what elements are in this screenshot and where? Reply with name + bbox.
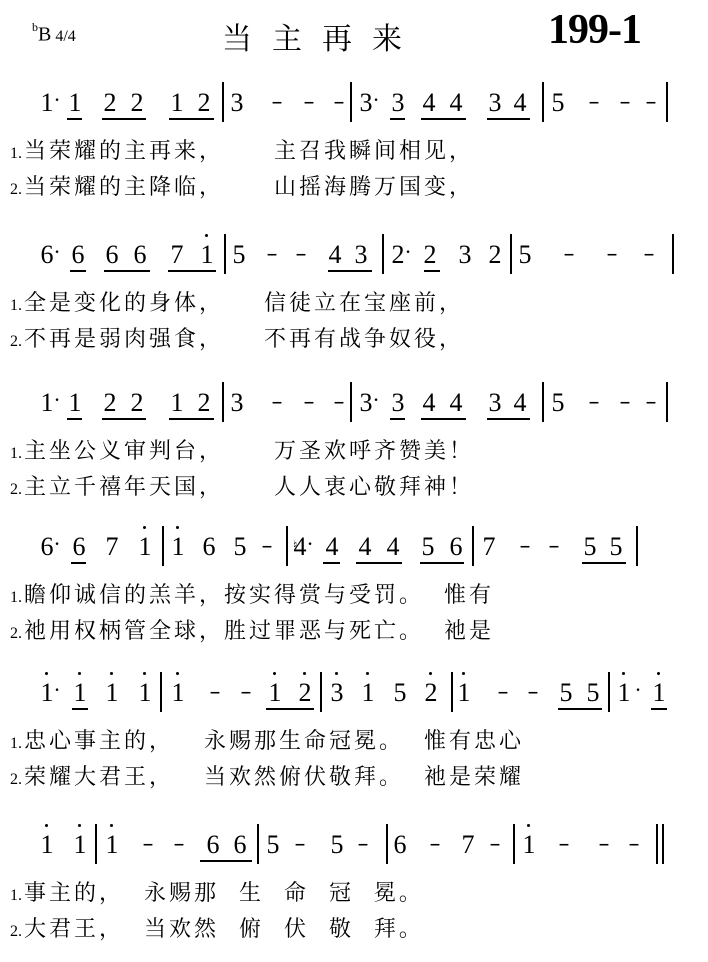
note: 5 xyxy=(419,534,437,560)
note: 5 xyxy=(581,534,599,560)
lyric-line-verse-2: 2.祂用权柄管全球，胜过罪恶与死亡。 祂是 xyxy=(10,614,494,645)
notation-line: 1·122123–––3·344345––– xyxy=(0,378,708,428)
lyric-line-verse-2: 2.当荣耀的主降临， 山摇海腾万国变， xyxy=(10,170,474,201)
note: 6 xyxy=(391,832,409,858)
lyric-line-verse-1: 1.忠心事主的， 永赐那生命冠冕。 惟有忠心 xyxy=(10,724,524,755)
hold-dash: – xyxy=(516,534,534,560)
note: 1 xyxy=(66,390,84,416)
lyric-text: 当荣耀的主降临， 山摇海腾万国变， xyxy=(24,175,474,200)
note: 1 xyxy=(168,390,186,416)
note: 6 xyxy=(131,242,149,268)
hold-dash: – xyxy=(292,242,310,268)
note: 7 xyxy=(459,832,477,858)
note: 6 xyxy=(447,534,465,560)
dotted-rhythm: · xyxy=(53,677,61,703)
hold-dash: – xyxy=(300,90,318,116)
note: 3 xyxy=(486,90,504,116)
notation-line: 111––665–5–6–7–1––– xyxy=(0,820,708,870)
beam-underline xyxy=(651,708,667,710)
hold-dash: – xyxy=(263,242,281,268)
barline xyxy=(666,382,668,422)
dotted-rhythm: · xyxy=(404,239,412,265)
dotted-rhythm: · xyxy=(53,531,61,557)
note: 5 xyxy=(557,680,575,706)
note: 1 xyxy=(103,680,121,706)
verse-number: 2. xyxy=(10,481,22,498)
dotted-rhythm: · xyxy=(53,87,61,113)
verse-number: 2. xyxy=(10,625,22,642)
lyric-text: 大君王， 当欢然 俯 伏 敬 拜。 xyxy=(24,917,424,942)
beam-underline xyxy=(420,562,464,564)
barline xyxy=(608,672,610,712)
note: 1 xyxy=(198,242,216,268)
hold-dash: – xyxy=(555,832,573,858)
beam-underline xyxy=(582,562,626,564)
dotted-rhythm: · xyxy=(372,87,380,113)
time-signature: 4/4 xyxy=(55,28,75,45)
lyric-line-verse-1: 1.全是变化的身体， 信徒立在宝座前， xyxy=(10,286,464,317)
note: 2 xyxy=(195,390,213,416)
hold-dash: – xyxy=(585,90,603,116)
hold-dash: – xyxy=(139,832,157,858)
hold-dash: – xyxy=(642,90,660,116)
barline xyxy=(451,672,453,712)
barline xyxy=(222,82,224,122)
beam-underline xyxy=(328,270,372,272)
note: 5 xyxy=(584,680,602,706)
lyric-text: 事主的， 永赐那 生 命 冠 冕。 xyxy=(24,881,424,906)
note: 2 xyxy=(128,90,146,116)
notation-line: 6·666715––432·2325––– xyxy=(0,230,708,280)
lyric-text: 荣耀大君王， 当欢然俯伏敬拜。 祂是荣耀 xyxy=(24,765,524,790)
verse-number: 1. xyxy=(10,145,22,162)
note: 6 xyxy=(69,242,87,268)
beam-underline xyxy=(102,418,146,420)
barline xyxy=(542,382,544,422)
lyric-text: 忠心事主的， 永赐那生命冠冕。 惟有忠心 xyxy=(24,729,524,754)
note: 1 xyxy=(455,680,473,706)
barline xyxy=(257,824,259,864)
note: 5 xyxy=(231,534,249,560)
dotted-rhythm: · xyxy=(372,387,380,413)
lyric-text: 不再是弱肉强食， 不再有战争奴役， xyxy=(24,327,464,352)
note: 6 xyxy=(204,832,222,858)
dotted-rhythm: · xyxy=(53,239,61,265)
hold-dash: – xyxy=(545,534,563,560)
note: 4 xyxy=(323,534,341,560)
verse-number: 2. xyxy=(10,771,22,788)
barline xyxy=(542,82,544,122)
barline xyxy=(382,234,384,274)
song-number: 199-1 xyxy=(548,6,641,54)
lyric-text: 主坐公义审判台， 万圣欢呼齐赞美！ xyxy=(24,439,474,464)
verse-number: 1. xyxy=(10,589,22,606)
hold-dash: – xyxy=(426,832,444,858)
note: 1 xyxy=(66,90,84,116)
verse-number: 2. xyxy=(10,333,22,350)
hold-dash: – xyxy=(300,390,318,416)
notation-line: 1·1111––1231521––551·1 xyxy=(0,668,708,718)
barline xyxy=(95,824,97,864)
note: 4 xyxy=(511,390,529,416)
barline xyxy=(386,824,388,864)
note: 2 xyxy=(128,390,146,416)
beam-underline xyxy=(323,562,340,564)
note: 2 xyxy=(101,90,119,116)
note: 3 xyxy=(328,680,346,706)
key-signature: bB4/4 xyxy=(32,22,76,47)
beam-underline xyxy=(70,270,86,272)
natural-sign-icon: ♮ xyxy=(293,532,297,558)
note: 4 xyxy=(326,242,344,268)
note: 2 xyxy=(101,390,119,416)
hold-dash: – xyxy=(486,832,504,858)
barline xyxy=(320,672,322,712)
note: 1 xyxy=(136,534,154,560)
key-name: B xyxy=(38,24,51,46)
hold-dash: – xyxy=(616,390,634,416)
hold-dash: – xyxy=(291,832,309,858)
note: 1 xyxy=(650,680,668,706)
note: 4 xyxy=(447,390,465,416)
note: 3 xyxy=(228,390,246,416)
beam-underline xyxy=(390,118,405,120)
note: 4 xyxy=(356,534,374,560)
beam-underline xyxy=(424,270,440,272)
beam-underline xyxy=(200,860,252,862)
note: 1 xyxy=(359,680,377,706)
note: 3 xyxy=(486,390,504,416)
hold-dash: – xyxy=(330,390,348,416)
lyric-text: 全是变化的身体， 信徒立在宝座前， xyxy=(24,291,464,316)
beam-underline xyxy=(487,118,530,120)
verse-number: 2. xyxy=(10,181,22,198)
verse-number: 1. xyxy=(10,297,22,314)
lyric-line-verse-2: 2.主立千禧年天国， 人人衷心敬拜神！ xyxy=(10,470,474,501)
note: 7 xyxy=(103,534,121,560)
barline xyxy=(350,382,352,422)
dotted-rhythm: · xyxy=(634,677,642,703)
barline xyxy=(666,82,668,122)
note: 2 xyxy=(296,680,314,706)
note: 1 xyxy=(38,832,56,858)
hold-dash: – xyxy=(258,534,276,560)
note: 1 xyxy=(520,832,538,858)
barline xyxy=(286,526,288,566)
hold-dash: – xyxy=(603,242,621,268)
beam-underline xyxy=(487,418,530,420)
hold-dash: – xyxy=(625,832,643,858)
barline xyxy=(160,672,162,712)
lyric-line-verse-1: 1.事主的， 永赐那 生 命 冠 冕。 xyxy=(10,876,424,907)
note: 2 xyxy=(422,680,440,706)
note: 1 xyxy=(266,680,284,706)
note: 5 xyxy=(607,534,625,560)
note: 6 xyxy=(70,534,88,560)
notation-line: 1·122123–––3·344345––– xyxy=(0,78,708,128)
beam-underline xyxy=(266,708,314,710)
dotted-rhythm: · xyxy=(53,387,61,413)
hold-dash: – xyxy=(330,90,348,116)
lyric-line-verse-1: 1.当荣耀的主再来， 主召我瞬间相见， xyxy=(10,134,474,165)
note: 2 xyxy=(421,242,439,268)
lyric-text: 祂用权柄管全球，胜过罪恶与死亡。 祂是 xyxy=(24,619,494,644)
beam-underline xyxy=(72,708,88,710)
beam-underline xyxy=(67,418,82,420)
note: 3 xyxy=(389,390,407,416)
note: 5 xyxy=(549,90,567,116)
note: 5 xyxy=(391,680,409,706)
beam-underline xyxy=(421,118,466,120)
beam-underline xyxy=(67,118,82,120)
hold-dash: – xyxy=(237,680,255,706)
note: 3 xyxy=(389,90,407,116)
lyric-line-verse-1: 1.瞻仰诚信的羔羊，按实得赏与受罚。 惟有 xyxy=(10,578,494,609)
note: 2 xyxy=(195,90,213,116)
note: 3 xyxy=(352,242,370,268)
flat-symbol: b xyxy=(32,20,38,34)
note: 1 xyxy=(169,680,187,706)
hold-dash: – xyxy=(524,680,542,706)
lyric-line-verse-2: 2.荣耀大君王， 当欢然俯伏敬拜。 祂是荣耀 xyxy=(10,760,524,791)
lyric-text: 当荣耀的主再来， 主召我瞬间相见， xyxy=(24,139,474,164)
song-title: 当主再来 xyxy=(222,14,422,58)
note: 1 xyxy=(168,90,186,116)
hold-dash: – xyxy=(494,680,512,706)
final-double-barline xyxy=(656,824,664,864)
note: 3 xyxy=(228,90,246,116)
hold-dash: – xyxy=(206,680,224,706)
hold-dash: – xyxy=(268,390,286,416)
barline xyxy=(350,82,352,122)
note: 5 xyxy=(328,832,346,858)
barline xyxy=(672,234,674,274)
note: 3 xyxy=(456,242,474,268)
verse-number: 2. xyxy=(10,923,22,940)
verse-number: 1. xyxy=(10,735,22,752)
note: 5 xyxy=(549,390,567,416)
hold-dash: – xyxy=(616,90,634,116)
verse-number: 1. xyxy=(10,445,22,462)
note: 4 xyxy=(420,90,438,116)
verse-number: 1. xyxy=(10,887,22,904)
note: 4 xyxy=(447,90,465,116)
lyric-text: 主立千禧年天国， 人人衷心敬拜神！ xyxy=(24,475,474,500)
note: 6 xyxy=(231,832,249,858)
barline xyxy=(224,234,226,274)
barline xyxy=(513,824,515,864)
barline xyxy=(162,526,164,566)
beam-underline xyxy=(390,418,405,420)
barline xyxy=(510,234,512,274)
beam-underline xyxy=(104,270,150,272)
beam-underline xyxy=(102,118,146,120)
note: 4 xyxy=(511,90,529,116)
note: 4 xyxy=(420,390,438,416)
note: 4 xyxy=(384,534,402,560)
note: 7 xyxy=(480,534,498,560)
beam-underline xyxy=(71,562,86,564)
beam-underline xyxy=(169,118,214,120)
note: 5 xyxy=(516,242,534,268)
hold-dash: – xyxy=(354,832,372,858)
barline xyxy=(636,526,638,566)
note: 6 xyxy=(200,534,218,560)
beam-underline xyxy=(169,418,214,420)
dotted-rhythm: · xyxy=(306,531,314,557)
lyric-line-verse-2: 2.不再是弱肉强食， 不再有战争奴役， xyxy=(10,322,464,353)
note: 7 xyxy=(168,242,186,268)
note: 2 xyxy=(486,242,504,268)
hold-dash: – xyxy=(642,390,660,416)
note: 1 xyxy=(71,680,89,706)
hold-dash: – xyxy=(640,242,658,268)
hold-dash: – xyxy=(560,242,578,268)
lyric-line-verse-1: 1.主坐公义审判台， 万圣欢呼齐赞美！ xyxy=(10,434,474,465)
hold-dash: – xyxy=(268,90,286,116)
notation-line: 6·671165–4♮·444567––55 xyxy=(0,522,708,572)
beam-underline xyxy=(558,708,602,710)
note: 5 xyxy=(264,832,282,858)
barline xyxy=(222,382,224,422)
hold-dash: – xyxy=(595,832,613,858)
note: 1 xyxy=(169,534,187,560)
note: 6 xyxy=(103,242,121,268)
note: 1 xyxy=(136,680,154,706)
beam-underline xyxy=(421,418,466,420)
beam-underline xyxy=(168,270,216,272)
hold-dash: – xyxy=(170,832,188,858)
lyric-line-verse-2: 2.大君王， 当欢然 俯 伏 敬 拜。 xyxy=(10,912,424,943)
beam-underline xyxy=(356,562,402,564)
note: 5 xyxy=(230,242,248,268)
note: 1 xyxy=(71,832,89,858)
note: 1 xyxy=(103,832,121,858)
note: 1 xyxy=(615,680,633,706)
barline xyxy=(472,526,474,566)
hold-dash: – xyxy=(585,390,603,416)
lyric-text: 瞻仰诚信的羔羊，按实得赏与受罚。 惟有 xyxy=(24,583,494,608)
